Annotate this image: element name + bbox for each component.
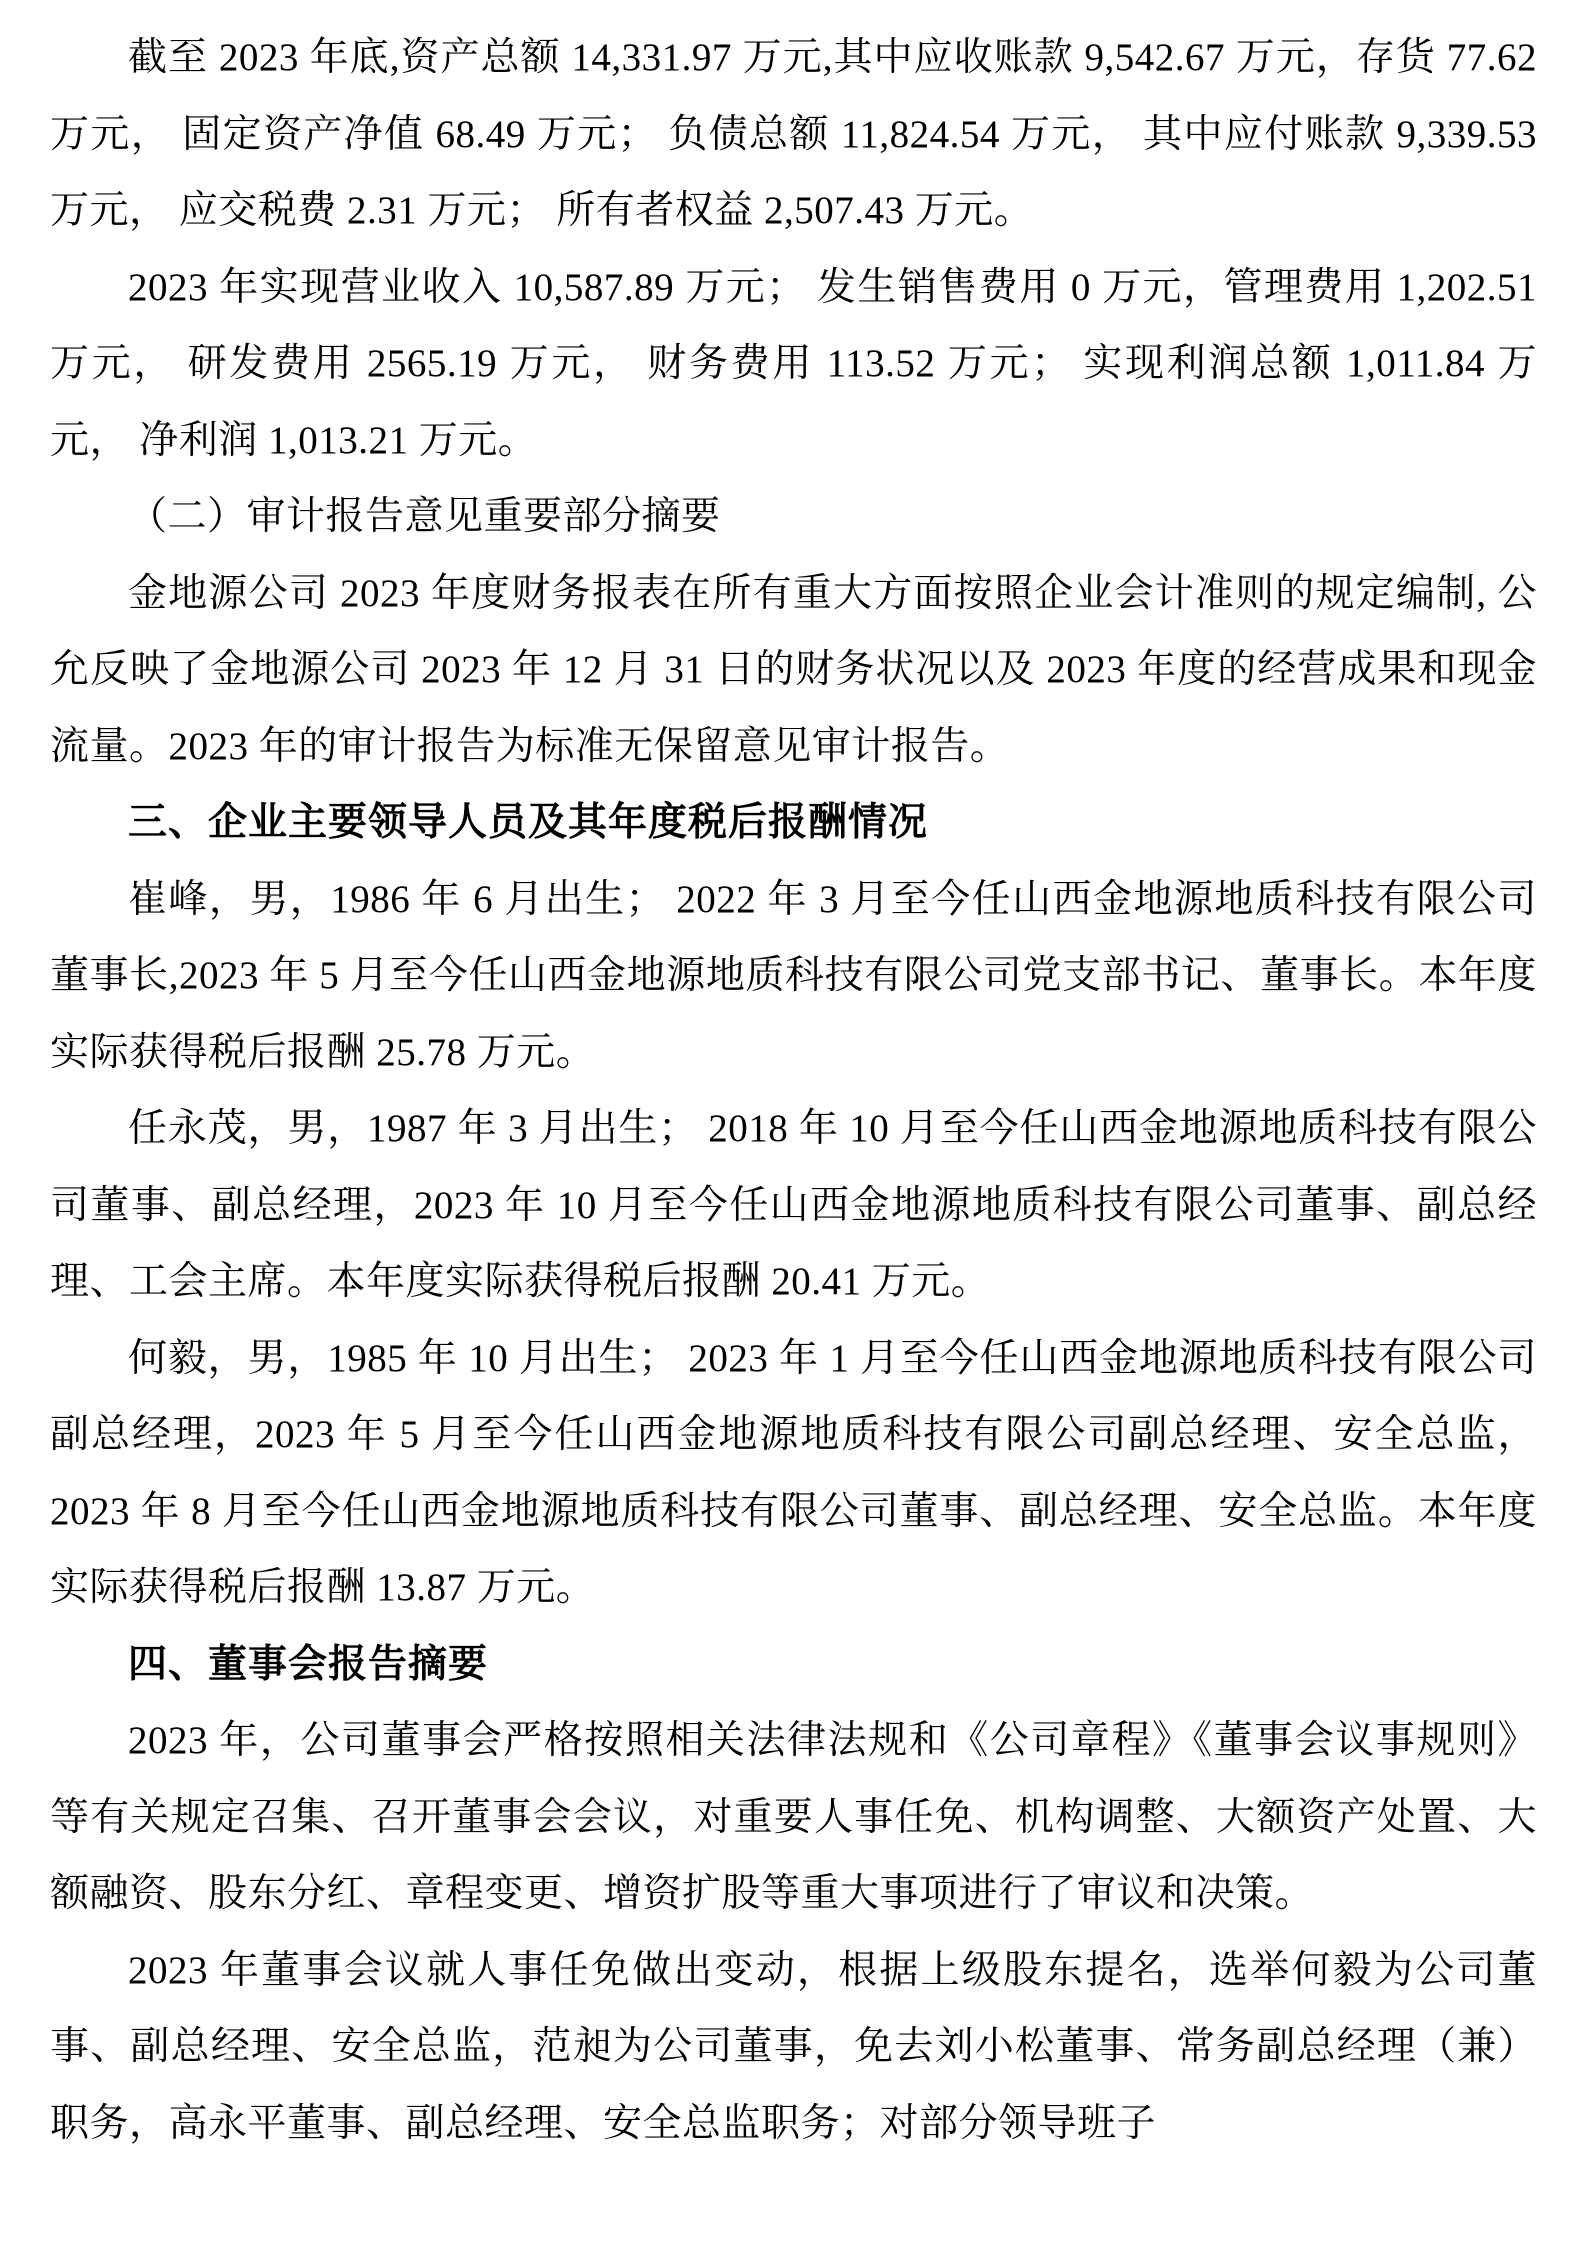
paragraph-financial-position: 截至 2023 年底,资产总额 14,331.97 万元,其中应收账款 9,54… [50, 20, 1537, 250]
paragraph-board-meetings: 2023 年，公司董事会严格按照相关法律法规和《公司章程》《董事会议事规则》等有… [50, 1703, 1537, 1933]
paragraph-leader-renyongmao: 任永茂，男，1987 年 3 月出生； 2018 年 10 月至今任山西金地源地… [50, 1091, 1537, 1321]
paragraph-operating-results: 2023 年实现营业收入 10,587.89 万元； 发生销售费用 0 万元，管… [50, 250, 1537, 480]
subheading-audit-opinion-summary: （二）审计报告意见重要部分摘要 [50, 479, 1537, 556]
heading-section-3-leadership-compensation: 三、企业主要领导人员及其年度税后报酬情况 [50, 785, 1537, 862]
document-page: 截至 2023 年底,资产总额 14,331.97 万元,其中应收账款 9,54… [0, 0, 1587, 2245]
paragraph-personnel-changes: 2023 年董事会议就人事任免做出变动，根据上级股东提名，选举何毅为公司董事、副… [50, 1933, 1537, 2163]
paragraph-leader-heyi: 何毅，男，1985 年 10 月出生； 2023 年 1 月至今任山西金地源地质… [50, 1321, 1537, 1627]
heading-section-4-board-report-summary: 四、董事会报告摘要 [50, 1627, 1537, 1704]
paragraph-audit-opinion: 金地源公司 2023 年度财务报表在所有重大方面按照企业会计准则的规定编制, 公… [50, 556, 1537, 786]
paragraph-leader-cuifeng: 崔峰，男，1986 年 6 月出生； 2022 年 3 月至今任山西金地源地质科… [50, 862, 1537, 1092]
